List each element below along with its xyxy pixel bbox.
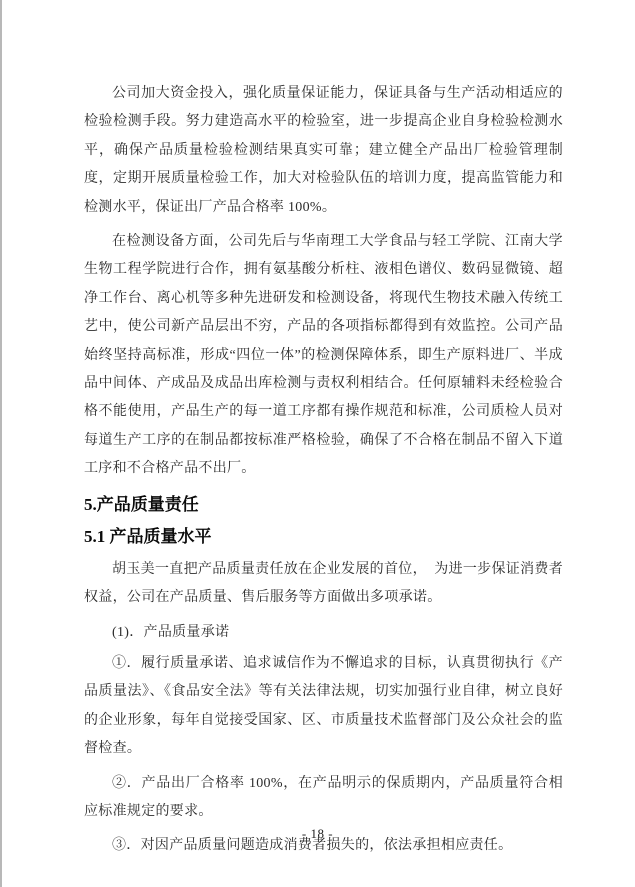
- paragraph-testing-equipment: 在检测设备方面，公司先后与华南理工大学食品与轻工学院、江南大学生物工程学院进行合…: [84, 228, 563, 484]
- page-left-edge: [0, 0, 2, 887]
- section-heading-product-quality-responsibility: 5.产品质量责任: [84, 490, 563, 520]
- list-heading-quality-commitment: (1)．产品质量承诺: [84, 619, 563, 647]
- commitment-item-2: ②．产品出厂合格率 100%，在产品明示的保质期内，产品质量符合相应标准规定的要…: [84, 770, 563, 827]
- document-content: 公司加大资金投入，强化质量保证能力，保证具备与生产活动相适应的检验检测手段。努力…: [0, 0, 635, 861]
- subsection-heading-product-quality-level: 5.1 产品质量水平: [84, 522, 563, 552]
- paragraph-capital-investment: 公司加大资金投入，强化质量保证能力，保证具备与生产活动相适应的检验检测手段。努力…: [84, 80, 563, 222]
- page-number: - 18 -: [0, 826, 635, 842]
- paragraph-commitment-intro: 胡玉美一直把产品质量责任放在企业发展的首位， 为进一步保证消费者权益，公司在产品…: [84, 556, 563, 613]
- commitment-item-1: ①．履行质量承诺、追求诚信作为不懈追求的目标，认真贯彻执行《产品质量法》、《食品…: [84, 650, 563, 764]
- document-page: 公司加大资金投入，强化质量保证能力，保证具备与生产活动相适应的检验检测手段。努力…: [0, 0, 635, 887]
